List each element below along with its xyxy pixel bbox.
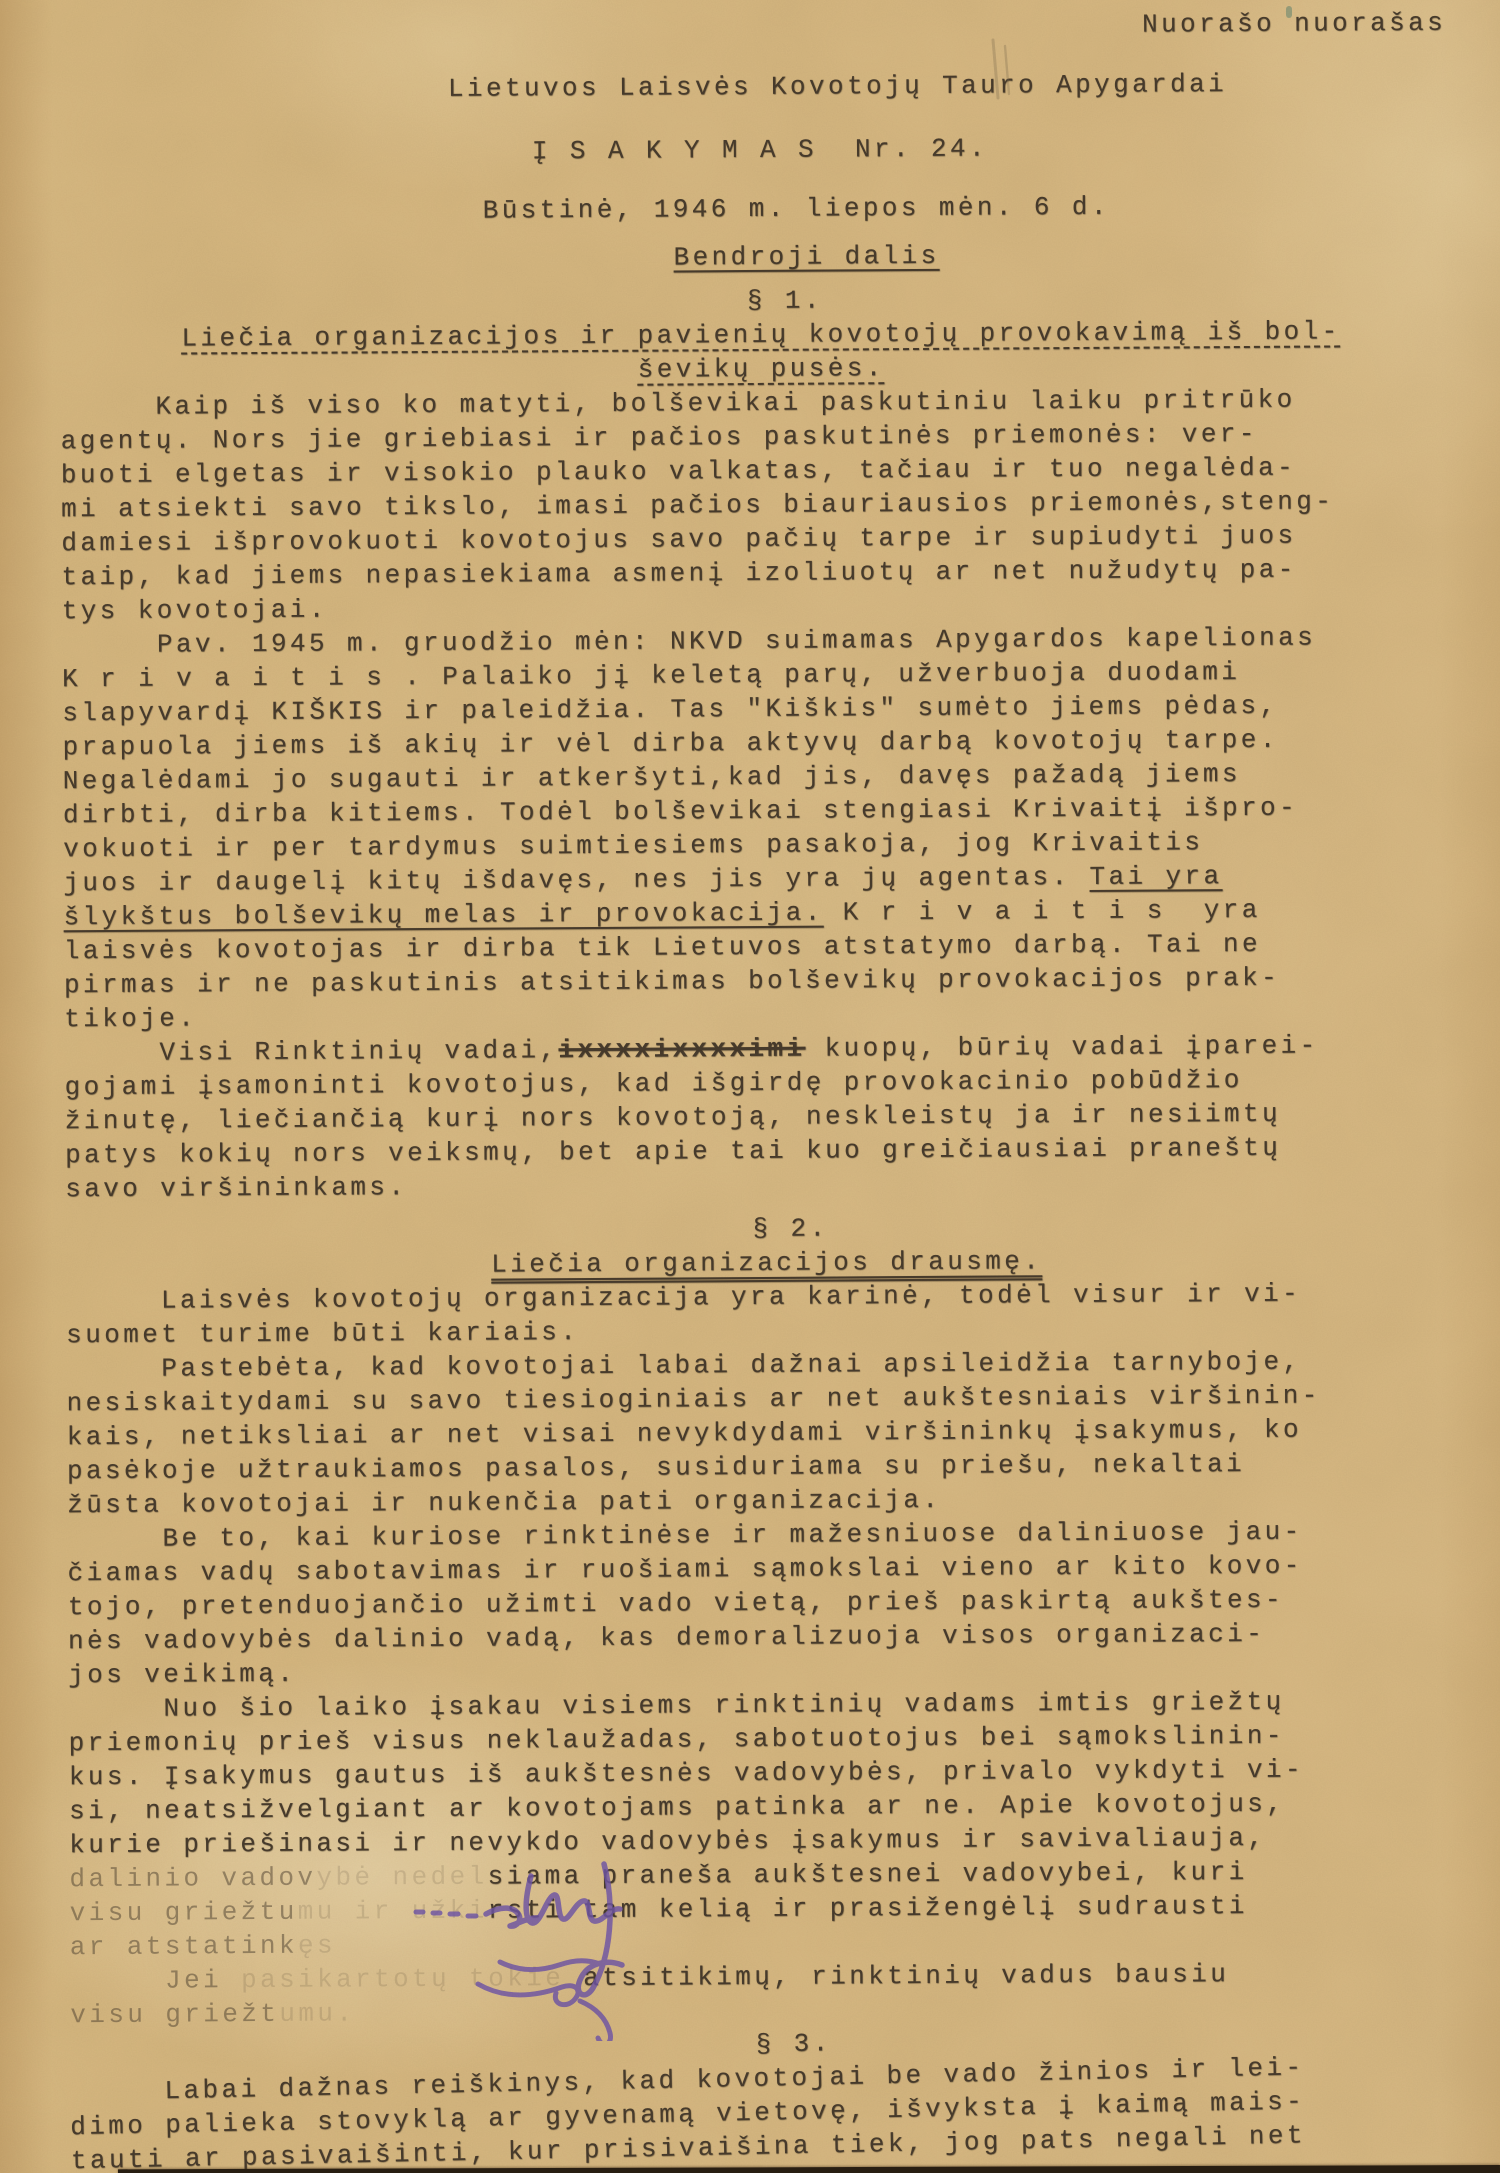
document-content: Nuorašo nuorašas Lietuvos Laisvės Kovoto… — [0, 0, 1500, 2173]
text-line: savo viršininkams. — [65, 1164, 1467, 1207]
part-heading: Bendroji dalis — [105, 235, 1500, 278]
document-title: Į S A K Y M A S Nr. 24. — [59, 128, 1461, 173]
dateline: Būstinė, 1946 m. liepos mėn. 6 d. — [95, 187, 1497, 230]
section-1: § 1.Liečia organizacijos ir pavienių kov… — [60, 280, 1468, 1207]
document-page: Nuorašo nuorašas Lietuvos Laisvės Kovoto… — [0, 0, 1500, 2173]
sections-container: § 1.Liečia organizacijos ir pavienių kov… — [60, 280, 1474, 2173]
part-heading-text: Bendroji dalis — [673, 241, 939, 273]
organization-line: Lietuvos Laisvės Kovotojų Tauro Apygarda… — [136, 65, 1500, 108]
section-3: § 3. Labai dažnas reiškinys, kad kovotoj… — [68, 2013, 1473, 2173]
section-2: § 2.Liečia organizacijos drausmę. Laisvė… — [65, 1208, 1472, 2033]
ink-speck — [1286, 6, 1292, 18]
copy-note: Nuorašo nuorašas — [58, 6, 1460, 49]
